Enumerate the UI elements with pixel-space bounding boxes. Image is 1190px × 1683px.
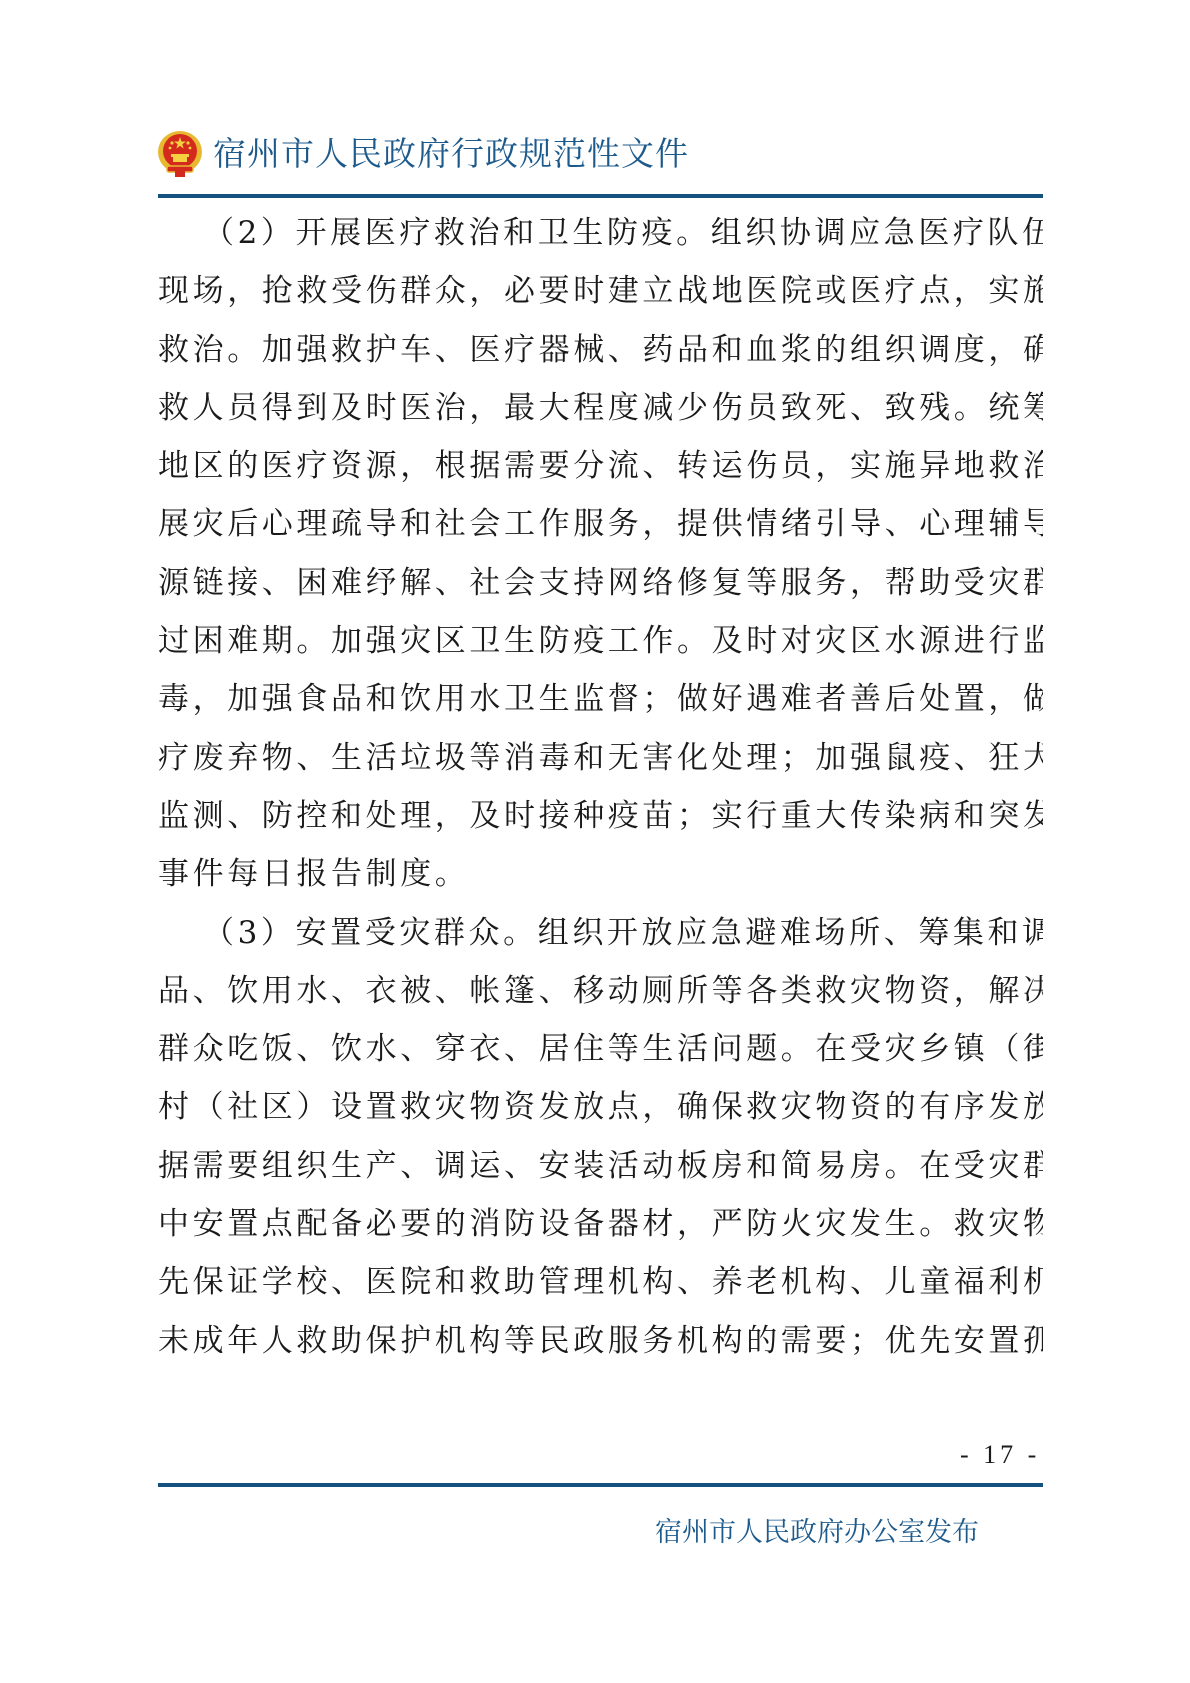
paragraph-line: 救治。加强救护车、医疗器械、药品和血浆的组织调度，确保被 — [158, 321, 1043, 379]
paragraph-line: 地区的医疗资源，根据需要分流、转运伤员，实施异地救治。开 — [158, 437, 1043, 495]
paragraph-line: 品、饮用水、衣被、帐篷、移动厕所等各类救灾物资，解决受灾 — [158, 962, 1043, 1020]
paragraph-line: 现场，抢救受伤群众，必要时建立战地医院或医疗点，实施现场 — [158, 262, 1043, 320]
document-body: （2）开展医疗救治和卫生防疫。组织协调应急医疗队伍赶赴 现场，抢救受伤群众，必要… — [158, 204, 1043, 1370]
paragraph-line: 中安置点配备必要的消防设备器材，严防火灾发生。救灾物资优 — [158, 1195, 1043, 1253]
paragraph-line: （3）安置受灾群众。组织开放应急避难场所、筹集和调运食 — [158, 904, 1043, 962]
national-emblem-icon — [155, 128, 205, 180]
paragraph-line: 过困难期。加强灾区卫生防疫工作。及时对灾区水源进行监测消 — [158, 612, 1043, 670]
footer-publisher: 宿州市人民政府办公室发布 — [655, 1510, 979, 1549]
document-header: 宿州市人民政府行政规范性文件 — [155, 124, 689, 184]
page-number: - 17 - — [960, 1440, 1040, 1470]
paragraph-line: 监测、防控和处理，及时接种疫苗；实行重大传染病和突发卫生 — [158, 787, 1043, 845]
footer-divider — [158, 1483, 1043, 1487]
paragraph-line: 源链接、困难纾解、社会支持网络修复等服务，帮助受灾群众度 — [158, 554, 1043, 612]
paragraph-line: 毒，加强食品和饮用水卫生监督；做好遇难者善后处置，做好医 — [158, 670, 1043, 728]
paragraph-line: 群众吃饭、饮水、穿衣、居住等生活问题。在受灾乡镇（街道）、 — [158, 1020, 1043, 1078]
header-title: 宿州市人民政府行政规范性文件 — [213, 124, 689, 184]
header-divider — [158, 194, 1043, 198]
paragraph-line: 未成年人救助保护机构等民政服务机构的需要；优先安置孤儿、 — [158, 1312, 1043, 1370]
paragraph-line: 事件每日报告制度。 — [158, 845, 1043, 903]
paragraph-line: 救人员得到及时医治，最大程度减少伤员致死、致残。统筹周边 — [158, 379, 1043, 437]
paragraph-line: 疗废弃物、生活垃圾等消毒和无害化处理；加强鼠疫、狂犬病的 — [158, 729, 1043, 787]
paragraph-line: 展灾后心理疏导和社会工作服务，提供情绪引导、心理辅导、资 — [158, 495, 1043, 553]
paragraph-line: 村（社区）设置救灾物资发放点，确保救灾物资的有序发放。根 — [158, 1078, 1043, 1136]
paragraph-line: 先保证学校、医院和救助管理机构、养老机构、儿童福利机构、 — [158, 1253, 1043, 1311]
paragraph-line: （2）开展医疗救治和卫生防疫。组织协调应急医疗队伍赶赴 — [158, 204, 1043, 262]
paragraph-line: 据需要组织生产、调运、安装活动板房和简易房。在受灾群众集 — [158, 1137, 1043, 1195]
